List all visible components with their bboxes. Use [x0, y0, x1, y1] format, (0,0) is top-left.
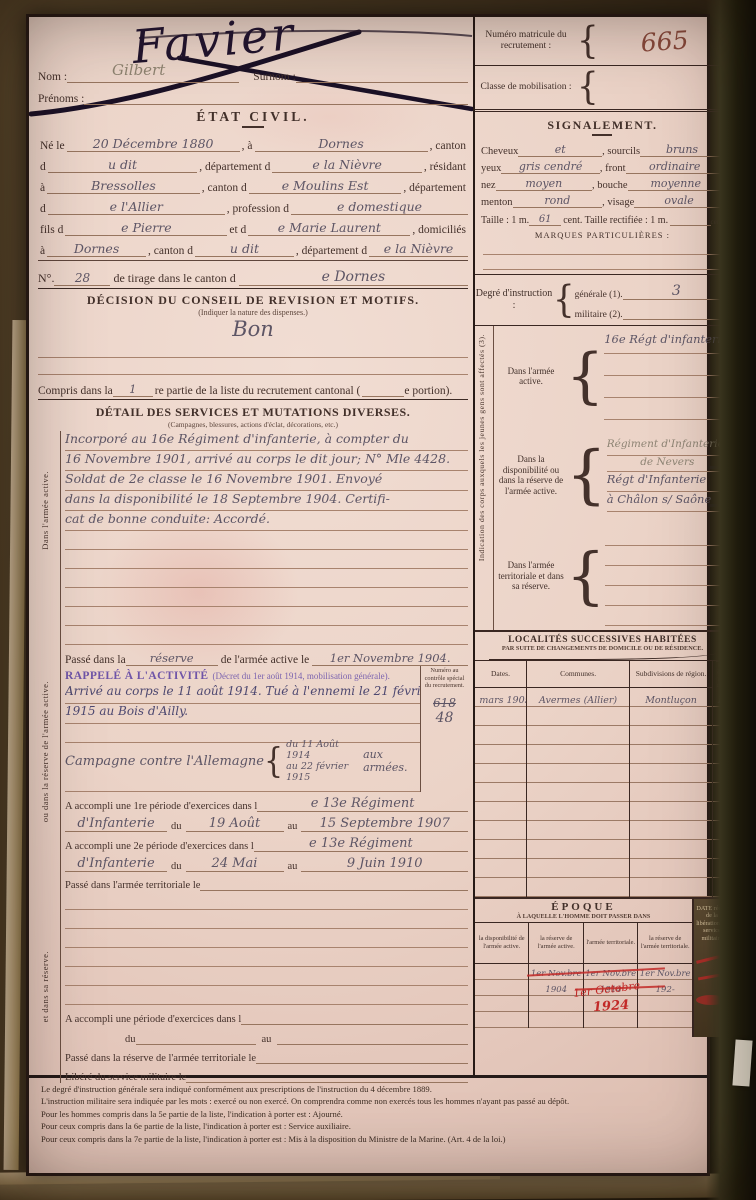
- handwritten-value: e la Nièvre: [272, 157, 421, 173]
- empty-cell: [630, 745, 712, 764]
- blank-rule: [65, 531, 468, 550]
- empty-cell: [475, 707, 526, 726]
- blank-rule: [65, 910, 468, 929]
- signalement-row-1: Cheveux et , sourcils bruns: [475, 140, 730, 157]
- printed-label: , résidant: [422, 161, 468, 173]
- printed-label: , profession d: [225, 203, 291, 215]
- red-correction-year: 1924: [593, 998, 630, 1015]
- empty-cell: [630, 707, 712, 726]
- passe-territoriale-row: Passé dans l'armée territoriale le: [65, 872, 468, 891]
- printed-label: , domiciliés: [410, 224, 468, 236]
- col-header: la disponibilité de l'armée active.: [475, 923, 528, 964]
- service-entry-line: cat de bonne conduite: Accordé.: [65, 511, 468, 531]
- taille-value: 61: [529, 214, 561, 226]
- territoriale-label: Dans l'armée territoriale et dans sa rés…: [496, 560, 566, 592]
- empty-cell: [475, 783, 526, 802]
- nom-label: Nom :: [38, 71, 67, 83]
- printed-label: , sourcils: [602, 146, 640, 157]
- decision-title: DÉCISION DU CONSEIL DE REVISION ET MOTIF…: [38, 293, 468, 308]
- disponibilite-col: la disponibilité de l'armée active.: [475, 923, 529, 1028]
- signalement-row-2: yeux gris cendré , front ordinaire: [475, 157, 730, 174]
- printed-label: e portion).: [404, 385, 452, 397]
- civil-row-3: à Bressolles , canton d e Moulins Est , …: [38, 173, 468, 194]
- printed-label: , bouche: [592, 180, 628, 191]
- blank-rule: [65, 891, 468, 910]
- armee-active-section: Dans l'armée active. 16e Régt d'infanter…: [496, 328, 728, 424]
- printed-label: cent. Taille rectifiée : 1 m.: [561, 215, 670, 226]
- printed-label: fils d: [38, 224, 65, 236]
- printed-label: A accompli une période d'exercices dans …: [65, 1014, 241, 1025]
- printed-label: Passé dans la réserve de l'armée territo…: [65, 1053, 256, 1064]
- commune-cell: Avermes (Allier): [527, 688, 629, 707]
- campagne-date-from: du 11 Août 1914: [283, 739, 363, 761]
- services-subtitle: (Campagnes, blessures, actions d'éclat, …: [38, 420, 468, 429]
- blank-rule: [65, 779, 420, 792]
- campagne-suffix: aux armées.: [363, 748, 420, 774]
- tirage-row: N°. 28 de tirage dans le canton d e Dorn…: [38, 264, 468, 286]
- blank-rule: [65, 550, 468, 569]
- periode2-row-a: A accompli une 2e période d'exercices da…: [65, 832, 468, 852]
- date-value: 1er Novembre 1904.: [312, 651, 468, 666]
- printed-label: militaire (2).: [575, 310, 623, 320]
- empty-cell: [630, 878, 712, 897]
- handwritten-value: e domestique: [291, 199, 468, 215]
- handwritten-value: Dornes: [47, 241, 146, 257]
- instruction-box: Degré d'instruction : générale (1). 3 mi…: [475, 274, 730, 326]
- printed-label: A accompli une 2e période d'exercices da…: [65, 841, 254, 852]
- blank-field: [136, 1044, 256, 1045]
- footer-notes: Le degré d'instruction générale sera ind…: [29, 1075, 707, 1145]
- handwritten-value: e l'Allier: [48, 199, 225, 215]
- campagne-row: Campagne contre l'Allemagne du 11 Août 1…: [65, 743, 420, 779]
- controle-number-struck: 618: [423, 696, 466, 710]
- brace-glyph: [577, 67, 599, 107]
- regiment-value: e 13e Régiment: [254, 836, 468, 852]
- empty-cell: [630, 821, 712, 840]
- marques-label: MARQUES PARTICULIÈRES :: [475, 230, 730, 240]
- matricule-form-sheet: Favier Gilbert Nom : Surnom : Prénoms : …: [26, 14, 710, 1176]
- printed-label: d: [38, 203, 48, 215]
- printed-label: , front: [600, 163, 626, 174]
- title-underline: [592, 134, 612, 136]
- blank-field: [241, 1024, 468, 1025]
- printed-label: du: [167, 861, 186, 872]
- printed-label: menton: [481, 197, 513, 208]
- divider: [475, 109, 730, 110]
- tirage-canton: e Dornes: [239, 269, 468, 286]
- handwritten-value: et: [518, 143, 602, 157]
- empty-cell: [529, 1012, 582, 1028]
- blank-rule: [38, 358, 468, 375]
- blank-field: [277, 1044, 468, 1045]
- brace-glyph: [553, 280, 575, 320]
- printed-label: Passé dans la: [65, 654, 126, 666]
- footnote: Le degré d'instruction générale sera ind…: [41, 1083, 697, 1095]
- handwritten-value: e Pierre: [65, 220, 227, 236]
- prenoms-blank-field: [84, 104, 468, 105]
- footnote: L'instruction militaire sera indiquée pa…: [41, 1095, 697, 1107]
- infanterie-value: d'Infanterie: [65, 816, 167, 832]
- empty-cell: [475, 745, 526, 764]
- numero-label: N°.: [38, 271, 54, 286]
- armee-active-label: Dans l'armée active.: [496, 366, 566, 387]
- printed-label: , canton d: [200, 182, 249, 194]
- brace-glyph: [577, 21, 599, 61]
- date-to: 15 Septembre 1907: [301, 816, 468, 832]
- divider: [38, 399, 468, 400]
- date-from: 24 Mai: [186, 856, 284, 872]
- handwritten-value: gris cendré: [501, 160, 599, 174]
- periode1-row-b: d'Infanterie du 19 Août au 15 Septembre …: [65, 812, 468, 832]
- subdivisions-column: Subdivisions de région. Montluçon: [630, 661, 713, 897]
- corps-side-label: Indication des corps auxquels les jeunes…: [477, 334, 486, 561]
- empty-cell: [475, 802, 526, 821]
- empty-cell: [527, 859, 629, 878]
- matricule-box: Numéro matricule du recrutement : 665: [475, 17, 730, 66]
- handwritten-value: u dit: [48, 157, 197, 173]
- printed-label: , département d: [294, 245, 369, 257]
- underlying-page-edge-left: [4, 320, 28, 1170]
- periode1-row-a: A accompli une 1re période d'exercices d…: [65, 792, 468, 812]
- corps-affectation-section: Indication des corps auxquels les jeunes…: [475, 326, 730, 630]
- printed-label: au: [256, 1034, 278, 1045]
- localites-table: LOCALITÉS SUCCESSIVES HABITÉES PAR SUITE…: [475, 630, 730, 897]
- disponibilite-label: Dans la disponibilité ou dans la réserve…: [496, 454, 566, 496]
- printed-label: Libéré du service militaire le: [65, 1072, 186, 1083]
- blank-rule: [65, 569, 468, 588]
- nom-blank-field: [67, 82, 239, 83]
- rappel-handwritten-1: aux armées Arrivé au corps le 11 août 19…: [65, 684, 420, 704]
- passe-reserve-row: Passé dans la réserve de l'armée active …: [65, 645, 468, 666]
- decision-value-handwritten: Bon: [38, 317, 468, 343]
- handwritten-value: Dornes: [255, 136, 428, 152]
- margin-label-active: Dans l'armée active.: [40, 471, 50, 550]
- dates-column: Dates. 1 mars 1905: [475, 661, 527, 897]
- blank-rule: [38, 343, 468, 358]
- disponibilite-section: Dans la disponibilité ou dans la réserve…: [496, 424, 728, 526]
- civil-row-6: à Dornes , canton d u dit , département …: [38, 236, 468, 257]
- taille-row: Taille : 1 m. 61 cent. Taille rectifiée …: [475, 208, 730, 226]
- empty-cell: [584, 1012, 637, 1028]
- brace-glyph: [264, 744, 283, 779]
- right-column: Numéro matricule du recrutement : 665 Cl…: [473, 17, 730, 1075]
- footnote: Pour ceux compris dans la 7e partie de l…: [41, 1133, 697, 1145]
- empty-cell: [638, 996, 691, 1012]
- printed-label: du: [125, 1034, 136, 1045]
- localites-title: LOCALITÉS SUCCESSIVES HABITÉES: [475, 635, 730, 645]
- brace-glyph: [566, 341, 604, 411]
- empty-cell: [475, 878, 526, 897]
- empty-cell: [527, 764, 629, 783]
- surnom-blank-field: [296, 82, 468, 83]
- empty-cell: [527, 840, 629, 859]
- margin-label-reserve: ou dans la réserve de l'armée active.: [40, 681, 50, 822]
- handwritten-value: e la Nièvre: [369, 241, 468, 257]
- printed-label: , à: [240, 140, 255, 152]
- handwritten-value: u dit: [195, 241, 294, 257]
- printed-label: , département: [401, 182, 468, 194]
- blank-rule: [65, 724, 420, 743]
- dates-header: Dates.: [475, 661, 526, 688]
- date-cell: 1 mars 1905: [475, 688, 526, 707]
- book-binding-edge: [706, 0, 756, 1200]
- rappele-stamp: RAPPELÉ À L'ACTIVITÉ: [65, 670, 208, 682]
- libere-row: Libéré du service militaire le: [65, 1064, 468, 1083]
- scanned-register-page: Favier Gilbert Nom : Surnom : Prénoms : …: [0, 0, 756, 1200]
- services-body: Dans l'armée active. ou dans la réserve …: [38, 431, 468, 1083]
- empty-cell: [527, 878, 629, 897]
- printed-label: nez: [481, 180, 496, 191]
- empty-cell: [475, 1012, 528, 1028]
- printed-label: Cheveux: [481, 146, 518, 157]
- printed-label: à: [38, 245, 47, 257]
- epoque-subtitle: À LAQUELLE L'HOMME DOIT PASSER DANS: [475, 913, 692, 920]
- paper-sticker: [732, 1039, 752, 1086]
- printed-label: Compris dans la: [38, 385, 113, 397]
- printed-label: re partie de la liste du recrutement can…: [153, 385, 363, 397]
- controle-number: 48: [423, 710, 466, 726]
- matricule-label: Numéro matricule du recrutement :: [475, 30, 577, 52]
- reserve-value: réserve: [126, 651, 218, 666]
- territoriale-section: Dans l'armée territoriale et dans sa rés…: [496, 526, 728, 626]
- blank-rule: [65, 626, 468, 645]
- empty-cell: [475, 726, 526, 745]
- reserve-territoriale-col: la réserve de l'armée territoriale. 1er …: [638, 923, 691, 1028]
- civil-row-1: Né le 20 Décembre 1880 , à Dornes , cant…: [38, 131, 468, 152]
- footnote: Pour les hommes compris dans la 5e parti…: [41, 1108, 697, 1120]
- empty-cell: [630, 840, 712, 859]
- infanterie-value: d'Infanterie: [65, 856, 167, 872]
- divider: [38, 260, 468, 261]
- firstname-handwritten: Gilbert: [112, 61, 165, 79]
- classe-label: Classe de mobilisation :: [475, 82, 577, 93]
- civil-row-4: d e l'Allier , profession d e domestique: [38, 194, 468, 215]
- divider: [38, 288, 468, 289]
- printed-label: Passé dans l'armée territoriale le: [65, 880, 200, 891]
- date-to: 9 Juin 1910: [301, 856, 468, 872]
- surnom-label: Surnom :: [253, 71, 296, 83]
- brace-curve: [489, 653, 716, 660]
- empty-cell: [475, 821, 526, 840]
- service-entry-line: dans la disponibilité le 18 Septembre 19…: [65, 491, 468, 511]
- title-underline: [242, 126, 264, 128]
- printed-label: et d: [227, 224, 248, 236]
- handwritten-value: 20 Décembre 1880: [67, 136, 240, 152]
- empty-cell: [630, 802, 712, 821]
- empty-cell: [475, 996, 528, 1012]
- empty-cell: [638, 1012, 691, 1028]
- date-cell-struck: 1er Nov.bre: [638, 964, 691, 980]
- localites-subtitle: PAR SUITE DE CHANGEMENTS DE DOMICILE OU …: [475, 645, 730, 652]
- empty-cell: [475, 764, 526, 783]
- service-entry-line: Soldat de 2e classe le 16 Novembre 1901.…: [65, 471, 468, 491]
- divider: [475, 111, 730, 112]
- printed-label: générale (1).: [575, 290, 623, 300]
- blank-rule: [65, 948, 468, 967]
- printed-label: , département d: [197, 161, 272, 173]
- civil-row-2: d u dit , département d e la Nièvre , ré…: [38, 152, 468, 173]
- empty-cell: [630, 764, 712, 783]
- printed-label: , canton d: [146, 245, 195, 257]
- handwritten-value: e Moulins Est: [249, 178, 402, 194]
- controle-special-box: Numéro au contrôle spécial du recrutemen…: [420, 666, 468, 792]
- passe-reserve-territoriale-row: Passé dans la réserve de l'armée territo…: [65, 1045, 468, 1064]
- brace-glyph: [566, 539, 605, 613]
- services-title: DÉTAIL DES SERVICES ET MUTATIONS DIVERSE…: [38, 405, 468, 420]
- printed-label: à: [38, 182, 47, 194]
- epoque-title: ÉPOQUE: [475, 901, 692, 913]
- empty-cell: [527, 802, 629, 821]
- blank-rule: [65, 588, 468, 607]
- signalement-title: SIGNALEMENT.: [475, 118, 730, 133]
- rappel-text: 1915 au Bois d'Ailly.: [65, 704, 188, 718]
- brace-glyph: [566, 438, 607, 512]
- controle-label: Numéro au contrôle spécial du recrutemen…: [423, 667, 466, 690]
- empty-cell: [527, 726, 629, 745]
- empty-cell: [475, 980, 528, 996]
- subdivisions-header: Subdivisions de région.: [630, 661, 712, 688]
- classe-box: Classe de mobilisation :: [475, 66, 730, 108]
- campagne-label: Campagne contre l'Allemagne: [65, 754, 264, 769]
- civil-row-5: fils d e Pierre et d e Marie Laurent , d…: [38, 215, 468, 236]
- col-header: la réserve de l'armée active.: [529, 923, 582, 964]
- empty-cell: [475, 840, 526, 859]
- blank-rule: [483, 255, 722, 270]
- blank-rule: [65, 967, 468, 986]
- signalement-row-3: nez moyen , bouche moyenne: [475, 174, 730, 191]
- name-header: Favier Gilbert Nom : Surnom : Prénoms :: [38, 17, 468, 105]
- compris-row: Compris dans la 1 re partie de la liste …: [38, 375, 468, 397]
- periode-blank-row-b: du au: [65, 1025, 468, 1045]
- periode2-row-b: d'Infanterie du 24 Mai au 9 Juin 1910: [65, 852, 468, 872]
- blank-rule: [65, 929, 468, 948]
- printed-label: Taille : 1 m.: [481, 215, 529, 226]
- printed-label: , visage: [602, 197, 634, 208]
- portion-blank-field: [362, 396, 404, 397]
- service-entry-line: Incorporé au 16e Régiment d'infanterie, …: [65, 431, 468, 451]
- empty-cell: [630, 859, 712, 878]
- margin-strip: Dans l'armée active. ou dans la réserve …: [38, 431, 61, 1083]
- mobilization-stamp-line: RAPPELÉ À L'ACTIVITÉ (Décret du 1er août…: [65, 666, 420, 684]
- margin-label-territoriale: et dans sa réserve.: [40, 951, 50, 1022]
- handwritten-value: Bressolles: [47, 178, 200, 194]
- communes-column: Communes. Avermes (Allier): [527, 661, 630, 897]
- blank-rule: [65, 607, 468, 626]
- empty-cell: [475, 859, 526, 878]
- campagne-date-to: au 22 février 1915: [283, 761, 363, 783]
- col-header: l'armée territoriale.: [584, 923, 637, 964]
- empty-cell: [527, 783, 629, 802]
- regiment-value: e 13e Régiment: [257, 796, 468, 812]
- blank-field: [200, 890, 468, 891]
- handwritten-value: moyen: [496, 177, 592, 191]
- date-from: 19 Août: [186, 816, 284, 832]
- printed-label: de l'armée active le: [218, 654, 313, 666]
- blank-rule: [65, 986, 468, 1005]
- empty-cell: [630, 726, 712, 745]
- signalement-row-4: menton rond , visage ovale: [475, 191, 730, 208]
- epoque-table: ÉPOQUE À LAQUELLE L'HOMME DOIT PASSER DA…: [475, 897, 730, 1037]
- rappel-section: RAPPELÉ À L'ACTIVITÉ (Décret du 1er août…: [65, 666, 468, 792]
- printed-label: au: [284, 861, 302, 872]
- blank-field: [186, 1082, 468, 1083]
- prenoms-label: Prénoms :: [38, 93, 84, 105]
- communes-header: Communes.: [527, 661, 629, 688]
- rappel-handwritten-2: 1915 au Bois d'Ailly.: [65, 704, 420, 724]
- insertion-aux-armees: aux armées: [215, 684, 262, 686]
- empty-cell: [527, 745, 629, 764]
- decision-subtitle: (Indiquer la nature des dispenses.): [38, 308, 468, 317]
- liste-partie-value: 1: [113, 382, 153, 397]
- blank-rule: [483, 240, 722, 255]
- instruction-label: Degré d'instruction :: [475, 288, 553, 312]
- empty-cell: [475, 964, 528, 980]
- decret-stamp: (Décret du 1er août 1914, mobilisation g…: [212, 671, 389, 681]
- printed-label: , canton: [428, 140, 468, 152]
- handwritten-value: rond: [513, 194, 603, 208]
- footnote: Pour ceux compris dans la 6e partie de l…: [41, 1120, 697, 1132]
- empty-cell: [527, 707, 629, 726]
- printed-label: Né le: [38, 140, 67, 152]
- tirage-number: 28: [54, 271, 110, 286]
- handwritten-value: e Marie Laurent: [248, 220, 410, 236]
- rappel-text: Arrivé au corps le 11 août 1914. Tué à l…: [65, 684, 420, 698]
- subdivision-cell: Montluçon: [630, 688, 712, 707]
- service-entry-line: 16 Novembre 1901, arrivé au corps le dit…: [65, 451, 468, 471]
- taille-rectifiee-blank: [670, 225, 710, 226]
- col-header: la réserve de l'armée territoriale.: [638, 923, 691, 964]
- tirage-text: de tirage dans le canton d: [110, 271, 238, 286]
- periode-blank-row-a: A accompli une période d'exercices dans …: [65, 1005, 468, 1025]
- printed-label: A accompli une 1re période d'exercices d…: [65, 801, 257, 812]
- empty-cell: [527, 821, 629, 840]
- blank-field: [256, 1063, 468, 1064]
- empty-cell: [630, 783, 712, 802]
- corps-side-strip: Indication des corps auxquels les jeunes…: [475, 326, 494, 630]
- printed-label: du: [167, 821, 186, 832]
- printed-label: au: [284, 821, 302, 832]
- printed-label: yeux: [481, 163, 501, 174]
- printed-label: d: [38, 161, 48, 173]
- left-column: Favier Gilbert Nom : Surnom : Prénoms : …: [29, 17, 473, 1075]
